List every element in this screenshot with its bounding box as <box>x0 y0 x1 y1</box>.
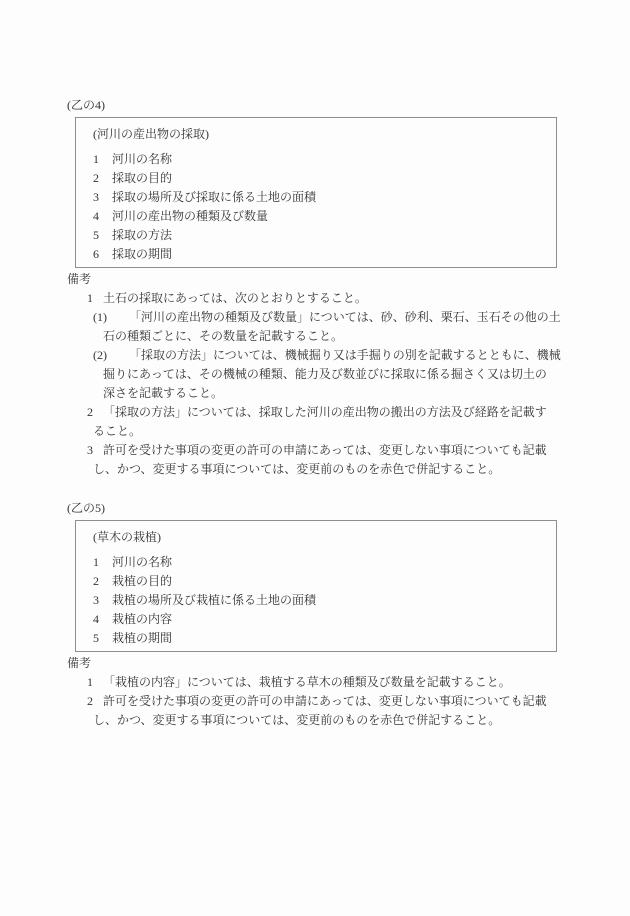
item-text: 河川の名称 <box>112 150 172 169</box>
remark-text: 「採取の方法」については、機械掘り又は手掘りの別を記載するとともに、機械 <box>129 346 561 365</box>
item-number: 5 <box>93 226 112 245</box>
remark-text: 許可を受けた事項の変更の許可の申請にあっては、変更しない事項についても記載 <box>103 692 547 711</box>
remark-line: 石の種類ごとに、その数量を記載すること。 <box>67 327 570 346</box>
remark-text: 「採取の方法」については、採取した河川の産出物の搬出の方法及び経路を記載す <box>103 403 547 422</box>
section-label-otsu5: (乙の5) <box>67 499 570 518</box>
remark-line: 3許可を受けた事項の変更の許可の申請にあっては、変更しない事項についても記載 <box>67 441 570 460</box>
remark-text: 土石の採取にあっては、次のとおりとすること。 <box>103 289 367 308</box>
item-text: 栽植の期間 <box>112 629 172 648</box>
list-item: 6採取の期間 <box>93 245 548 264</box>
box-title: (草木の栽植) <box>93 528 548 547</box>
remark-line: 深さを記載すること。 <box>67 384 570 403</box>
remark-text: 許可を受けた事項の変更の許可の申請にあっては、変更しない事項についても記載 <box>103 441 547 460</box>
remark-text: 石の種類ごとに、その数量を記載すること。 <box>103 327 343 346</box>
item-number: 6 <box>93 245 112 264</box>
item-number: 5 <box>93 629 112 648</box>
item-text: 採取の場所及び採取に係る土地の面積 <box>112 188 316 207</box>
item-text: 採取の目的 <box>112 169 172 188</box>
remarks-heading: 備考 <box>67 654 570 673</box>
remarks-heading: 備考 <box>67 270 570 289</box>
remark-number: 2 <box>87 403 103 422</box>
item-number: 1 <box>93 150 112 169</box>
item-text: 栽植の内容 <box>112 610 172 629</box>
document-page: (乙の4) (河川の産出物の採取) 1河川の名称 2採取の目的 3採取の場所及び… <box>0 0 630 916</box>
remark-text: 「河川の産出物の種類及び数量」については、砂、砂利、栗石、玉石その他の土 <box>129 308 561 327</box>
item-number: 3 <box>93 188 112 207</box>
item-number: 2 <box>93 169 112 188</box>
remark-number: 1 <box>87 673 103 692</box>
remark-text: ること。 <box>93 422 141 441</box>
form-box-otsu4: (河川の産出物の採取) 1河川の名称 2採取の目的 3採取の場所及び採取に係る土… <box>75 117 557 268</box>
remark-line: し、かつ、変更する事項については、変更前のものを赤色で併記すること。 <box>67 460 570 479</box>
item-number: 4 <box>93 207 112 226</box>
remark-number: 2 <box>87 692 103 711</box>
remark-line: 2許可を受けた事項の変更の許可の申請にあっては、変更しない事項についても記載 <box>67 692 570 711</box>
remark-text: 掘りにあっては、その機械の種類、能力及び数並びに採取に係る掘さく又は切土の <box>103 365 547 384</box>
list-item: 1河川の名称 <box>93 150 548 169</box>
list-item: 5栽植の期間 <box>93 629 548 648</box>
section-label-otsu4: (乙の4) <box>67 96 570 115</box>
remark-line: 1土石の採取にあっては、次のとおりとすること。 <box>67 289 570 308</box>
list-item: 4河川の産出物の種類及び数量 <box>93 207 548 226</box>
item-text: 栽植の目的 <box>112 572 172 591</box>
box-title: (河川の産出物の採取) <box>93 125 548 144</box>
item-number: 3 <box>93 591 112 610</box>
remark-number: (2) <box>93 346 129 365</box>
remark-number: 3 <box>87 441 103 460</box>
item-text: 河川の産出物の種類及び数量 <box>112 207 268 226</box>
item-number: 1 <box>93 553 112 572</box>
remark-line: (1)「河川の産出物の種類及び数量」については、砂、砂利、栗石、玉石その他の土 <box>67 308 570 327</box>
list-item: 4栽植の内容 <box>93 610 548 629</box>
item-text: 採取の期間 <box>112 245 172 264</box>
list-item: 5採取の方法 <box>93 226 548 245</box>
item-number: 2 <box>93 572 112 591</box>
item-number: 4 <box>93 610 112 629</box>
remark-number: (1) <box>93 308 129 327</box>
item-text: 採取の方法 <box>112 226 172 245</box>
section-otsu5: (乙の5) (草木の栽植) 1河川の名称 2栽植の目的 3栽植の場所及び栽植に係… <box>67 499 570 730</box>
list-item: 2栽植の目的 <box>93 572 548 591</box>
remark-line: 2「採取の方法」については、採取した河川の産出物の搬出の方法及び経路を記載す <box>67 403 570 422</box>
remark-text: し、かつ、変更する事項については、変更前のものを赤色で併記すること。 <box>93 711 500 730</box>
remark-text: 深さを記載すること。 <box>103 384 223 403</box>
remark-text: し、かつ、変更する事項については、変更前のものを赤色で併記すること。 <box>93 460 500 479</box>
list-item: 3採取の場所及び採取に係る土地の面積 <box>93 188 548 207</box>
remark-line: 掘りにあっては、その機械の種類、能力及び数並びに採取に係る掘さく又は切土の <box>67 365 570 384</box>
list-item: 1河川の名称 <box>93 553 548 572</box>
item-text: 栽植の場所及び栽植に係る土地の面積 <box>112 591 316 610</box>
remark-line: し、かつ、変更する事項については、変更前のものを赤色で併記すること。 <box>67 711 570 730</box>
remark-line: ること。 <box>67 422 570 441</box>
list-item: 2採取の目的 <box>93 169 548 188</box>
remark-line: 1「栽植の内容」については、栽植する草木の種類及び数量を記載すること。 <box>67 673 570 692</box>
list-item: 3栽植の場所及び栽植に係る土地の面積 <box>93 591 548 610</box>
form-box-otsu5: (草木の栽植) 1河川の名称 2栽植の目的 3栽植の場所及び栽植に係る土地の面積… <box>75 520 557 652</box>
remark-number: 1 <box>87 289 103 308</box>
remark-text: 「栽植の内容」については、栽植する草木の種類及び数量を記載すること。 <box>103 673 511 692</box>
remark-line: (2)「採取の方法」については、機械掘り又は手掘りの別を記載するとともに、機械 <box>67 346 570 365</box>
item-text: 河川の名称 <box>112 553 172 572</box>
